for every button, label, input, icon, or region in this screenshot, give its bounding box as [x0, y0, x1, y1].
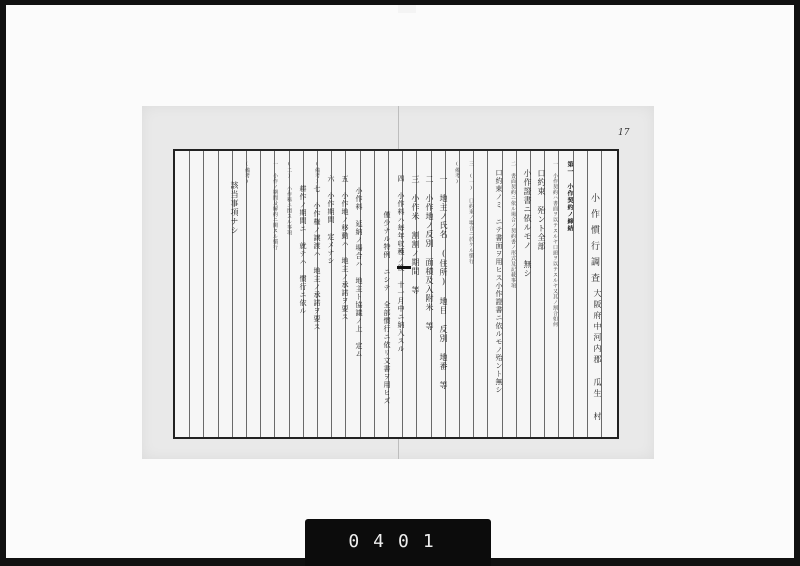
handwritten-entry: 二 小作地ノ反別 面積及入附米 等 — [425, 175, 433, 331]
film-notch — [398, 5, 416, 13]
handwritten-entry: 七 小作権ノ譲渡ハ 地主ノ承諾ヲ要ス — [313, 185, 320, 331]
handwritten-entry: 一 地主ノ氏名 (住所) 地目 反別 地番 等 — [439, 175, 447, 390]
column-rule — [587, 151, 588, 437]
column-rule — [558, 151, 559, 437]
printed-item-6: 一 小作ノ期間及解約ニ関スル慣行 — [272, 161, 277, 250]
handwritten-entry: 六 小作期間 定メナシ — [327, 175, 334, 265]
column-rule — [189, 151, 190, 437]
section-heading: 第一 小作契約ノ締結 — [566, 161, 572, 232]
handwritten-entry: 五 小作地ノ移動ハ 地主ノ承諾ヲ要ス — [341, 175, 348, 321]
handwritten-entry: 該当事項ナシ — [230, 181, 238, 235]
column-rule — [246, 151, 247, 437]
document-title: 小作慣行調査 — [589, 193, 598, 289]
column-rule — [573, 151, 574, 437]
column-rule — [374, 151, 375, 437]
printed-item-4: (備考) — [454, 161, 459, 185]
printed-item-8: (備考) — [244, 161, 249, 185]
printed-item-7: (備考) — [314, 161, 319, 185]
printed-item-5: (二) 小作料ニ関スル事項 — [286, 161, 291, 236]
page-number-annotation: 17 — [618, 128, 629, 138]
handwritten-entry: 小作證書ニ依ルモノ 無シ — [523, 169, 531, 278]
column-rule — [459, 151, 460, 437]
film-frame-label: 0401 — [305, 519, 491, 566]
printed-item-2: 二 書面契約ニ依ル場合ノ契約書ノ形式及記載事項 — [510, 161, 515, 289]
handwritten-entry: 小作料 延納ノ場合ハ 地主ト協議ノ上 定ム — [355, 187, 362, 358]
handwritten-entry: 口約束ノミ ニテ書面ヲ用ヒス小作證書ニ依ルモノ殆ント無シ — [495, 169, 502, 394]
handwritten-entry: 僅少ナル特例 ニシテ 全部慣行ニ依リ文書ヲ用ヒズ — [383, 211, 390, 405]
handwritten-entry: 四 小作料ハ毎年収穫ノ後 十一月中ニ納入スル — [397, 175, 404, 353]
handwritten-entry: 口約束 殆ント全部 — [537, 169, 545, 251]
column-rule — [516, 151, 517, 437]
frame-number: 0401 — [305, 531, 491, 552]
printed-item-1: 一 小作契約ハ書面ヲ以テスルヤ口頭ヲ以テスルヤ又其ノ割合如何 — [552, 161, 557, 327]
column-rule — [487, 151, 488, 437]
location-line: 大阪府中河内郡 瓜生 村 — [593, 289, 601, 423]
column-rule — [218, 151, 219, 437]
printed-item-3: 三 (一) 口約束ノ場合ニ於ケル慣行 — [468, 161, 473, 264]
handwritten-entry: 耕作ノ期間ニ 就テハ 慣行ニ依ル — [299, 185, 306, 315]
handwritten-entry: 三 小作米 割割ノ期間 等 — [411, 175, 419, 295]
column-rule — [260, 151, 261, 437]
film-marker — [397, 266, 411, 269]
column-rule — [203, 151, 204, 437]
ruled-form: 小作慣行調査 大阪府中河内郡 瓜生 村 第一 小作契約ノ締結 一 小作契約ハ書面… — [173, 149, 619, 439]
